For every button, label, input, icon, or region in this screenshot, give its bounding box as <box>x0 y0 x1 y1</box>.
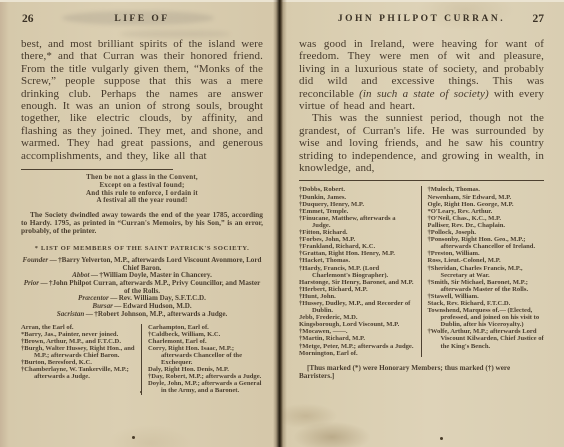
member-entry: †Emmet, Temple. <box>299 208 416 215</box>
member-entry: Harstonge, Sir Henry, Baronet, and M.P. <box>299 279 416 286</box>
legend-note: [Thus marked (*) were Honorary Members; … <box>299 365 544 381</box>
member-entry: †Preston, William. <box>428 250 545 257</box>
members-columns: Arran, the Earl of. *Barry, Jas., Painte… <box>21 324 263 395</box>
officer-entry: Sacristan — †Robert Johnson, M.P., after… <box>21 311 263 319</box>
verse-line: A festival all the year round! <box>21 197 263 205</box>
officer-title: Prior <box>24 279 39 287</box>
running-head: JOHN PHILPOT CURRAN. <box>299 14 544 24</box>
member-entry: †Finucane, Matthew, afterwards a Judge. <box>299 215 416 229</box>
member-entry: Arran, the Earl of. <box>21 324 136 331</box>
member-entry: †Wolfe, Arthur, M.P.; afterwards Lord Vi… <box>428 328 545 349</box>
officer-title: Sacristan <box>57 310 85 318</box>
society-list-heading: * LIST OF MEMBERS OF THE SAINT PATRICK'S… <box>21 245 263 252</box>
member-entry: †Hunt, John. <box>299 293 416 300</box>
society-officers: Founder — †Barry Yelverton, M.P., afterw… <box>21 257 263 319</box>
member-entry: †O'Neil, Chas., K.C., M.P. <box>428 215 545 222</box>
member-entry: Doyle, John, M.P.; afterwards a General … <box>148 380 263 394</box>
ink-speck <box>132 436 135 439</box>
member-entry: †Muloch, Thomas. <box>428 186 545 193</box>
show-through-smudge <box>120 30 230 38</box>
member-entry: Charlemont, Earl of. <box>148 338 263 345</box>
member-entry: †Fitton, Richard. <box>299 229 416 236</box>
member-entry: †Herbert, Richard, M.P. <box>299 286 416 293</box>
member-entry: †Smith, Sir Michael, Baronet, M.P.; afte… <box>428 279 545 293</box>
member-entry: Mornington, Earl of. <box>299 350 416 357</box>
member-entry: †Pollock, Joseph. <box>428 229 545 236</box>
member-entry: *O'Leary, Rev. Arthur. <box>428 208 545 215</box>
member-entry: †Caldbeck, William, K.C. <box>148 331 263 338</box>
member-entry: †Mocawen, ——. <box>299 328 416 335</box>
member-entry: †Hacket, Thomas. <box>299 257 416 264</box>
members-column-1: Arran, the Earl of. *Barry, Jas., Painte… <box>21 324 142 395</box>
member-entry: †Brown, Arthur, M.P., and F.T.C.D. <box>21 338 136 345</box>
page-number: 27 <box>533 13 545 25</box>
member-entry: †Dunkin, James. <box>299 194 416 201</box>
member-entry: Daly, Right Hon. Denis, M.P. <box>148 366 263 373</box>
body-paragraph: best, and most brilliant spirits of the … <box>21 38 263 162</box>
member-entry: †Martin, Richard, M.P. <box>299 335 416 342</box>
member-entry: Palliser, Rev. Dr., Chaplain. <box>428 222 545 229</box>
footnote-divider <box>299 180 544 181</box>
member-entry: †Sheridan, Charles Francis, M.P., Secret… <box>428 265 545 279</box>
member-entry: †Ponsonby, Right Hon. Geo., M.P.; afterw… <box>428 236 545 250</box>
footnote-verse: Then be not a glass in the Convent, Exce… <box>21 174 263 205</box>
officer-description: — †Robert Johnson, M.P., afterwards a Ju… <box>84 310 227 318</box>
officer-description: — †Barry Yelverton, M.P., afterwards Lor… <box>48 256 261 272</box>
member-entry: Stack, Rev. Richard, F.T.C.D. <box>428 300 545 307</box>
officer-entry: Founder — †Barry Yelverton, M.P., afterw… <box>21 257 263 272</box>
members-columns: †Dobbs, Robert. †Dunkin, James. †Duquery… <box>299 186 544 356</box>
book-scan: 26 LIFE OF best, and most brilliant spir… <box>0 0 564 447</box>
member-entry: *Barry, Jas., Painter, never joined. <box>21 331 136 338</box>
member-entry: Townshend, Marquess of.— (Elected, profe… <box>428 307 545 328</box>
member-entry: †Frankland, Richard, K.C. <box>299 243 416 250</box>
member-entry: Kingsborough, Lord Viscount, M.P. <box>299 321 416 328</box>
member-entry: Jebb, Frederic, M.D. <box>299 314 416 321</box>
member-entry: †Grattan, Right Hon. Henry, M.P. <box>299 250 416 257</box>
member-entry: †Metge, Peter, M.P.; afterwards a Judge. <box>299 343 416 350</box>
right-page: JOHN PHILPOT CURRAN. 27 was good in Irel… <box>286 0 564 447</box>
member-entry: Newenham, Sir Edward, M.P. <box>428 194 545 201</box>
running-head: LIFE OF <box>21 14 263 24</box>
members-column-1: †Dobbs, Robert. †Dunkin, James. †Duquery… <box>299 186 422 356</box>
member-entry: Carhampton, Earl of. <box>148 324 263 331</box>
member-entry: †Burton, Beresford, K.C. <box>21 359 136 366</box>
body-paragraph-1: was good in Ireland, were heaving for wa… <box>299 38 544 112</box>
member-entry: †Stawell, William. <box>428 293 545 300</box>
left-page: 26 LIFE OF best, and most brilliant spir… <box>0 0 276 447</box>
footnote-paragraph: The Society dwindled away towards the en… <box>21 211 263 235</box>
member-entry: †Chamberlayne, W. Tankerville, M.P.; aft… <box>21 366 136 380</box>
officer-title: Founder <box>23 256 49 264</box>
member-entry: †Duquery, Henry, M.P. <box>299 201 416 208</box>
member-entry: †Burgh, Walter Hussey, Right Hon., and M… <box>21 345 136 359</box>
footnote-area: Then be not a glass in the Convent, Exce… <box>21 169 263 394</box>
body-paragraph-2: This was the sunniest period, though not… <box>299 112 544 174</box>
left-page-header: 26 LIFE OF <box>21 14 263 27</box>
member-entry: †Hussey, Dudley, M.P., and Recorder of D… <box>299 300 416 314</box>
member-entry: †Day, Robert, M.P.; afterwards a Judge. <box>148 373 263 380</box>
footnote-area: †Dobbs, Robert. †Dunkin, James. †Duquery… <box>299 180 544 380</box>
member-entry: Ogle, Right Hon. George, M.P. <box>428 201 545 208</box>
members-column-2: Carhampton, Earl of. †Caldbeck, William,… <box>148 324 263 395</box>
ink-speck <box>140 391 142 393</box>
officer-description: — †John Philpot Curran, afterwards M.P.,… <box>39 279 260 295</box>
ink-speck <box>440 437 443 440</box>
page-number: 26 <box>22 13 34 25</box>
italic-phrase: (in such a state of society) <box>359 88 489 100</box>
members-column-2: †Muloch, Thomas. Newenham, Sir Edward, M… <box>428 186 545 356</box>
footnote-divider <box>21 169 173 170</box>
member-entry: Ross, Lieut.-Colonel, M.P. <box>428 257 545 264</box>
member-entry: †Hardy, Francis, M.P. (Lord Charlemont's… <box>299 265 416 279</box>
book-gutter <box>273 0 287 447</box>
member-entry: Corry, Right Hon. Isaac, M.P.; afterward… <box>148 345 263 366</box>
member-entry: †Dobbs, Robert. <box>299 186 416 193</box>
officer-entry: Prior — †John Philpot Curran, afterwards… <box>21 280 263 295</box>
member-entry: †Forbes, John, M.P. <box>299 236 416 243</box>
right-page-header: JOHN PHILPOT CURRAN. 27 <box>299 14 544 27</box>
